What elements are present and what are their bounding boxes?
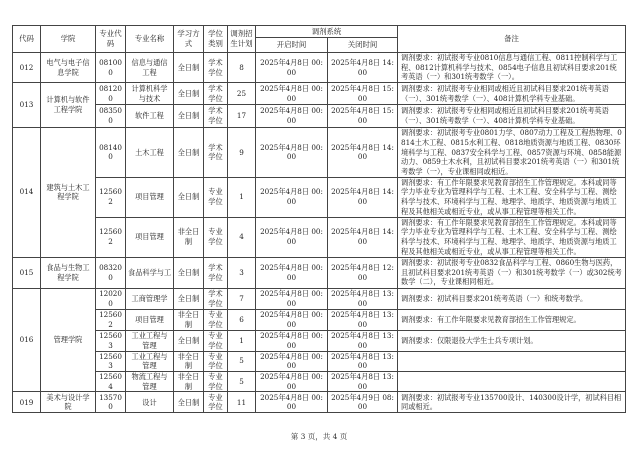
study-mode: 全日制: [174, 288, 204, 309]
major-code: 125603: [96, 330, 126, 351]
plan-count: 5: [228, 351, 256, 371]
header-study-mode: 学习方式: [174, 26, 204, 53]
major-name: 软件工程: [126, 105, 174, 128]
close-time: 2025年4月8日 14:00: [328, 217, 398, 257]
remark: 调剂要求：初试报考专业135700设计、140300设计学，初试科目相同或相近。: [398, 392, 626, 413]
close-time: 2025年4月8日 14:00: [328, 53, 398, 83]
college-name: 美术与设计学院: [41, 392, 96, 413]
study-mode: 全日制: [174, 105, 204, 128]
table-row: 125604 物流工程与管理 非全日制 专业学位 5 2025年4月8日 00:…: [13, 371, 626, 391]
plan-count: 8: [228, 53, 256, 83]
table-row: 019 美术与设计学院 135700 设计 全日制 专业学位 11 2025年4…: [13, 392, 626, 413]
major-code: 125603: [96, 351, 126, 371]
study-mode: 全日制: [174, 177, 204, 217]
close-time: 2025年4月8日 12:00: [328, 257, 398, 288]
college-name: 建筑与土木工程学院: [41, 128, 96, 257]
study-mode: 全日制: [174, 330, 204, 351]
open-time: 2025年4月8日 00:00: [256, 392, 328, 413]
close-time: 2025年4月8日 13:00: [328, 351, 398, 371]
open-time: 2025年4月8日 00:00: [256, 217, 328, 257]
major-code: 081200: [96, 83, 126, 105]
open-time: 2025年4月8日 00:00: [256, 330, 328, 351]
degree-type: 专业学位: [204, 177, 228, 217]
major-name: 工商管理学: [126, 288, 174, 309]
open-time: 2025年4月8日 00:00: [256, 351, 328, 371]
plan-count: 25: [228, 83, 256, 105]
close-time: 2025年4月8日 13:00: [328, 309, 398, 330]
close-time: 2025年4月8日 13:00: [328, 371, 398, 391]
remark: 调剂要求：初试科目要求201统考英语（一）和统考数学。: [398, 288, 626, 309]
major-code: 125602: [96, 309, 126, 330]
college-code: 014: [13, 128, 41, 257]
degree-type: 学术学位: [204, 128, 228, 178]
header-plan: 调剂招生计划: [228, 26, 256, 53]
degree-type: 专业学位: [204, 351, 228, 371]
major-code: 120200: [96, 288, 126, 309]
close-time: 2025年4月8日 15:00: [328, 105, 398, 128]
table-row: 014 建筑与土木工程学院 081400 土木工程 全日制 学术学位 9 202…: [13, 128, 626, 178]
open-time: 2025年4月8日 00:00: [256, 257, 328, 288]
header-major-code: 专业代码: [96, 26, 126, 53]
degree-type: 专业学位: [204, 371, 228, 391]
remark: 调剂要求：有工作年限要求见教育部招生工作管理规定。: [398, 309, 626, 330]
open-time: 2025年4月8日 00:00: [256, 105, 328, 128]
plan-count: 4: [228, 217, 256, 257]
header-degree-type: 学位类别: [204, 26, 228, 53]
college-code: 013: [13, 83, 41, 128]
study-mode: 非全日制: [174, 217, 204, 257]
degree-type: 学术学位: [204, 53, 228, 83]
header-open-time: 开启时间: [256, 38, 328, 53]
header-remark: 备注: [398, 26, 626, 53]
remark: [398, 351, 626, 371]
major-code: 125604: [96, 371, 126, 391]
major-name: 工业工程与管理: [126, 351, 174, 371]
remark: 调剂要求：有工作年限要求见教育部招生工作管理规定。本科或同等学力毕业专业为管理科…: [398, 177, 626, 217]
table-row: 016 管理学院 120200 工商管理学 全日制 学术学位 7 2025年4月…: [13, 288, 626, 309]
table-row: 125602 项目管理 全日制 专业学位 1 2025年4月8日 00:00 2…: [13, 177, 626, 217]
college-name: 电气与电子信息学院: [41, 53, 96, 83]
table-row: 013 计算机与软件工程学院 081200 计算机科学与技术 全日制 学术学位 …: [13, 83, 626, 105]
open-time: 2025年4月8日 00:00: [256, 177, 328, 217]
open-time: 2025年4月8日 00:00: [256, 288, 328, 309]
study-mode: 非全日制: [174, 351, 204, 371]
close-time: 2025年4月8日 13:00: [328, 288, 398, 309]
college-code: 019: [13, 392, 41, 413]
page-number: 第 3 页，共 4 页: [0, 431, 638, 442]
plan-count: 17: [228, 105, 256, 128]
remark: [398, 371, 626, 391]
degree-type: 学术学位: [204, 288, 228, 309]
degree-type: 学术学位: [204, 257, 228, 288]
open-time: 2025年4月8日 00:00: [256, 371, 328, 391]
major-name: 土木工程: [126, 128, 174, 178]
college-code: 015: [13, 257, 41, 288]
college-name: 管理学院: [41, 288, 96, 392]
plan-count: 9: [228, 128, 256, 178]
plan-count: 1: [228, 330, 256, 351]
open-time: 2025年4月8日 00:00: [256, 128, 328, 178]
header-major-name: 专业名称: [126, 26, 174, 53]
table-row: 083500 软件工程 全日制 学术学位 17 2025年4月8日 00:00 …: [13, 105, 626, 128]
major-name: 物流工程与管理: [126, 371, 174, 391]
plan-count: 6: [228, 309, 256, 330]
remark: 调剂要求：初试报考专业0832食品科学与工程、0860生物与医药，且初试科目要求…: [398, 257, 626, 288]
degree-type: 专业学位: [204, 309, 228, 330]
close-time: 2025年4月8日 14:00: [328, 177, 398, 217]
plan-count: 5: [228, 371, 256, 391]
college-code: 016: [13, 288, 41, 392]
plan-count: 7: [228, 288, 256, 309]
study-mode: 非全日制: [174, 309, 204, 330]
major-name: 信息与通信工程: [126, 53, 174, 83]
major-name: 食品科学与工: [126, 257, 174, 288]
study-mode: 非全日制: [174, 371, 204, 391]
close-time: 2025年4月8日 15:00: [328, 83, 398, 105]
degree-type: 专业学位: [204, 217, 228, 257]
major-name: 工业工程与管理: [126, 330, 174, 351]
table-row: 125603 工业工程与管理 全日制 专业学位 1 2025年4月8日 00:0…: [13, 330, 626, 351]
table-row: 125603 工业工程与管理 非全日制 专业学位 5 2025年4月8日 00:…: [13, 351, 626, 371]
degree-type: 学术学位: [204, 83, 228, 105]
remark: 调剂要求：仅限退役大学生士兵专项计划。: [398, 330, 626, 351]
major-name: 项目管理: [126, 177, 174, 217]
major-name: 设计: [126, 392, 174, 413]
major-code: 083200: [96, 257, 126, 288]
open-time: 2025年4月8日 00:00: [256, 53, 328, 83]
major-code: 135700: [96, 392, 126, 413]
plan-count: 11: [228, 392, 256, 413]
header-college: 学院: [41, 26, 96, 53]
major-name: 项目管理: [126, 217, 174, 257]
adjustment-plan-table: 代码 学院 专业代码 专业名称 学习方式 学位类别 调剂招生计划 调剂系统 备注…: [12, 25, 626, 413]
close-time: 2025年4月8日 14:00: [328, 128, 398, 178]
study-mode: 全日制: [174, 128, 204, 178]
remark: 调剂要求：有工作年限要求见教育部招生工作管理规定。本科或同等学力毕业专业为管理科…: [398, 217, 626, 257]
study-mode: 全日制: [174, 392, 204, 413]
plan-count: 3: [228, 257, 256, 288]
table-row: 012 电气与电子信息学院 081000 信息与通信工程 全日制 学术学位 8 …: [13, 53, 626, 83]
open-time: 2025年4月8日 00:00: [256, 309, 328, 330]
major-code: 125602: [96, 177, 126, 217]
table-row: 125602 项目管理 非全日制 专业学位 6 2025年4月8日 00:00 …: [13, 309, 626, 330]
plan-count: 1: [228, 177, 256, 217]
study-mode: 全日制: [174, 83, 204, 105]
college-code: 012: [13, 53, 41, 83]
study-mode: 全日制: [174, 53, 204, 83]
header-system-group: 调剂系统: [256, 26, 398, 38]
major-name: 计算机科学与技术: [126, 83, 174, 105]
major-name: 项目管理: [126, 309, 174, 330]
table-row: 125602 项目管理 非全日制 专业学位 4 2025年4月8日 00:00 …: [13, 217, 626, 257]
remark: 调剂要求：初试报考专业0801力学、0807动力工程及工程热物理、0814土木工…: [398, 128, 626, 178]
remark: 调剂要求：初试报考专业0810信息与通信工程、0811控制科学与工程、0812计…: [398, 53, 626, 83]
table-row: 015 食品与生物工程学院 083200 食品科学与工 全日制 学术学位 3 2…: [13, 257, 626, 288]
remark: 调剂要求：初试报考专业相同或相近且初试科目要求201统考英语（一）、301统考数…: [398, 105, 626, 128]
degree-type: 学术学位: [204, 105, 228, 128]
header-code: 代码: [13, 26, 41, 53]
header-close-time: 关闭时间: [328, 38, 398, 53]
open-time: 2025年4月8日 00:00: [256, 83, 328, 105]
college-name: 计算机与软件工程学院: [41, 83, 96, 128]
major-code: 081400: [96, 128, 126, 178]
study-mode: 全日制: [174, 257, 204, 288]
degree-type: 专业学位: [204, 330, 228, 351]
major-code: 081000: [96, 53, 126, 83]
major-code: 083500: [96, 105, 126, 128]
degree-type: 专业学位: [204, 392, 228, 413]
close-time: 2025年4月8日 13:00: [328, 330, 398, 351]
remark: 调剂要求：初试报考专业相同或相近且初试科目要求201统考英语（一）、301统考数…: [398, 83, 626, 105]
college-name: 食品与生物工程学院: [41, 257, 96, 288]
major-code: 125602: [96, 217, 126, 257]
close-time: 2025年4月9日 08:00: [328, 392, 398, 413]
